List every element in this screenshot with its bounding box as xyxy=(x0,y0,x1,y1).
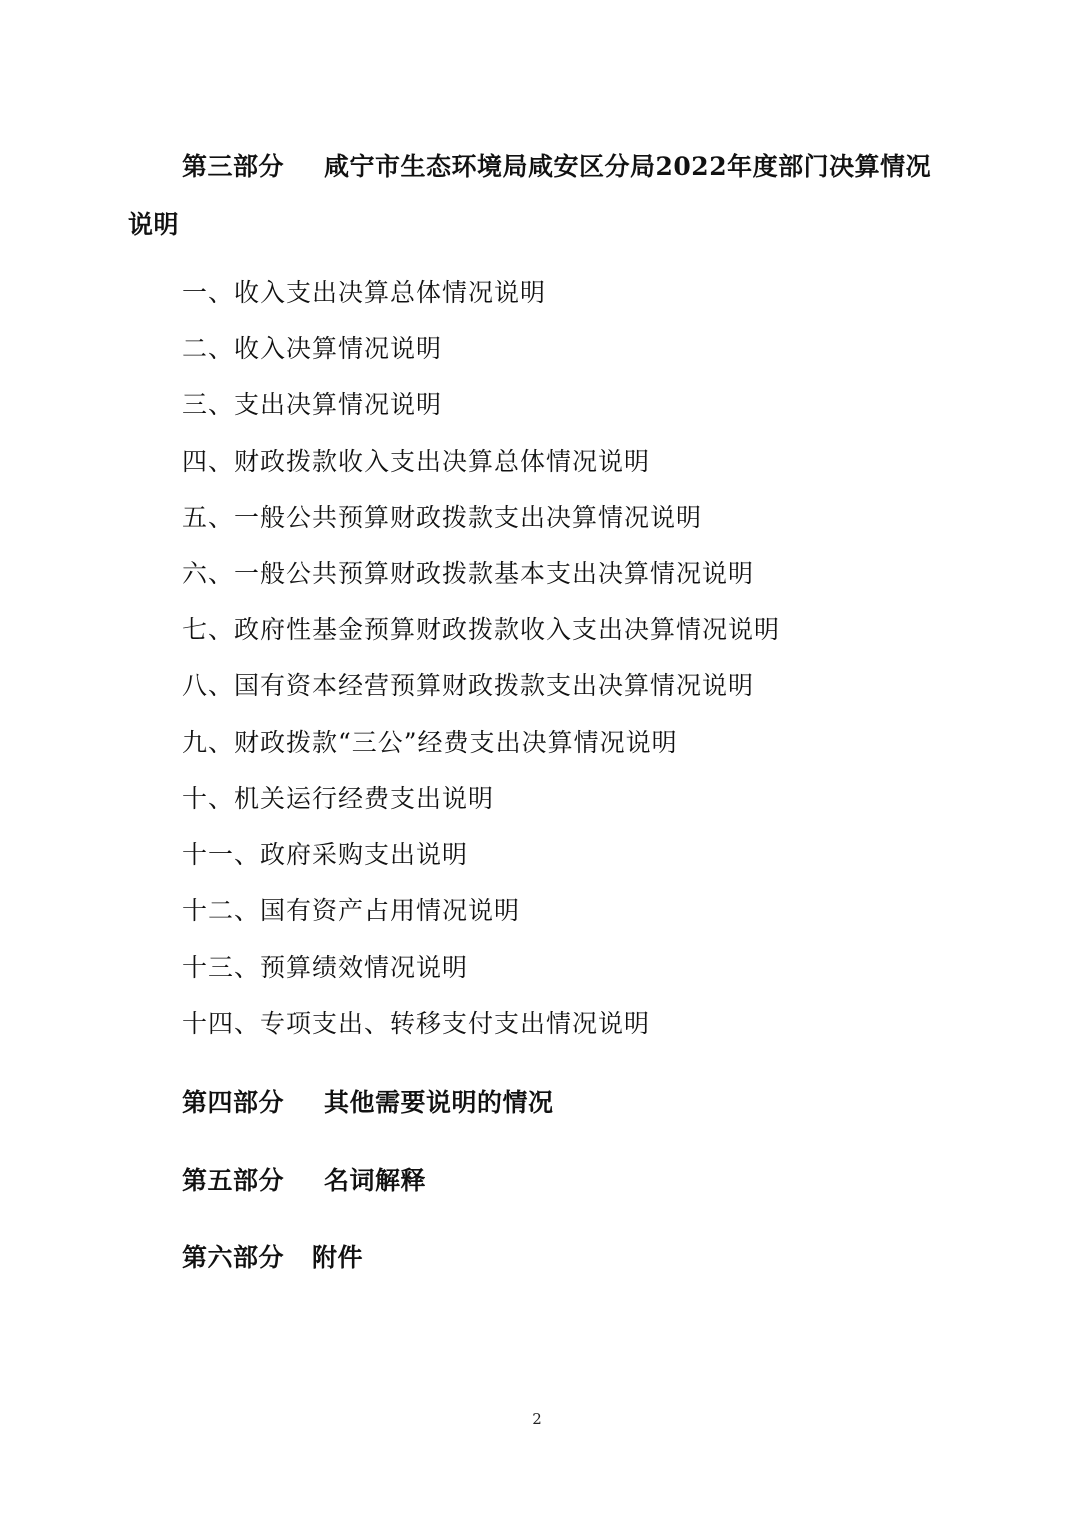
part-heading-4: 第四部分其他需要说明的情况 xyxy=(182,1087,554,1119)
part-heading-5: 第五部分名词解释 xyxy=(182,1165,426,1197)
toc-item: 二、收入决算情况说明 xyxy=(182,333,442,365)
toc-item: 一、收入支出决算总体情况说明 xyxy=(182,277,546,309)
toc-item: 十一、政府采购支出说明 xyxy=(182,839,468,871)
part-label: 第五部分 xyxy=(182,1166,284,1195)
part-label: 第六部分 xyxy=(182,1243,284,1272)
toc-item: 十三、预算绩效情况说明 xyxy=(182,952,468,984)
page-number: 2 xyxy=(0,1410,1074,1428)
part-label: 第四部分 xyxy=(182,1088,284,1117)
section-part-label: 第三部分 xyxy=(182,152,284,181)
section-heading-part-3: 第三部分咸宁市生态环境局咸安区分局2022年度部门决算情况说明 xyxy=(128,138,948,254)
toc-item: 四、财政拨款收入支出决算总体情况说明 xyxy=(182,446,650,478)
toc-item: 三、支出决算情况说明 xyxy=(182,389,442,421)
toc-item: 八、国有资本经营预算财政拨款支出决算情况说明 xyxy=(182,670,754,702)
toc-item: 六、一般公共预算财政拨款基本支出决算情况说明 xyxy=(182,558,754,590)
part-title: 名词解释 xyxy=(324,1166,426,1195)
toc-item: 九、财政拨款“三公”经费支出决算情况说明 xyxy=(182,727,678,759)
part-title: 附件 xyxy=(312,1243,363,1272)
toc-item: 十四、专项支出、转移支付支出情况说明 xyxy=(182,1008,650,1040)
part-title: 其他需要说明的情况 xyxy=(324,1088,554,1117)
toc-item: 十、机关运行经费支出说明 xyxy=(182,783,494,815)
toc-item: 十二、国有资产占用情况说明 xyxy=(182,895,520,927)
toc-item: 七、政府性基金预算财政拨款收入支出决算情况说明 xyxy=(182,614,780,646)
toc-item: 五、一般公共预算财政拨款支出决算情况说明 xyxy=(182,502,702,534)
document-page: 第三部分咸宁市生态环境局咸安区分局2022年度部门决算情况说明 一、收入支出决算… xyxy=(0,0,1074,1520)
part-heading-6: 第六部分附件 xyxy=(182,1242,363,1274)
